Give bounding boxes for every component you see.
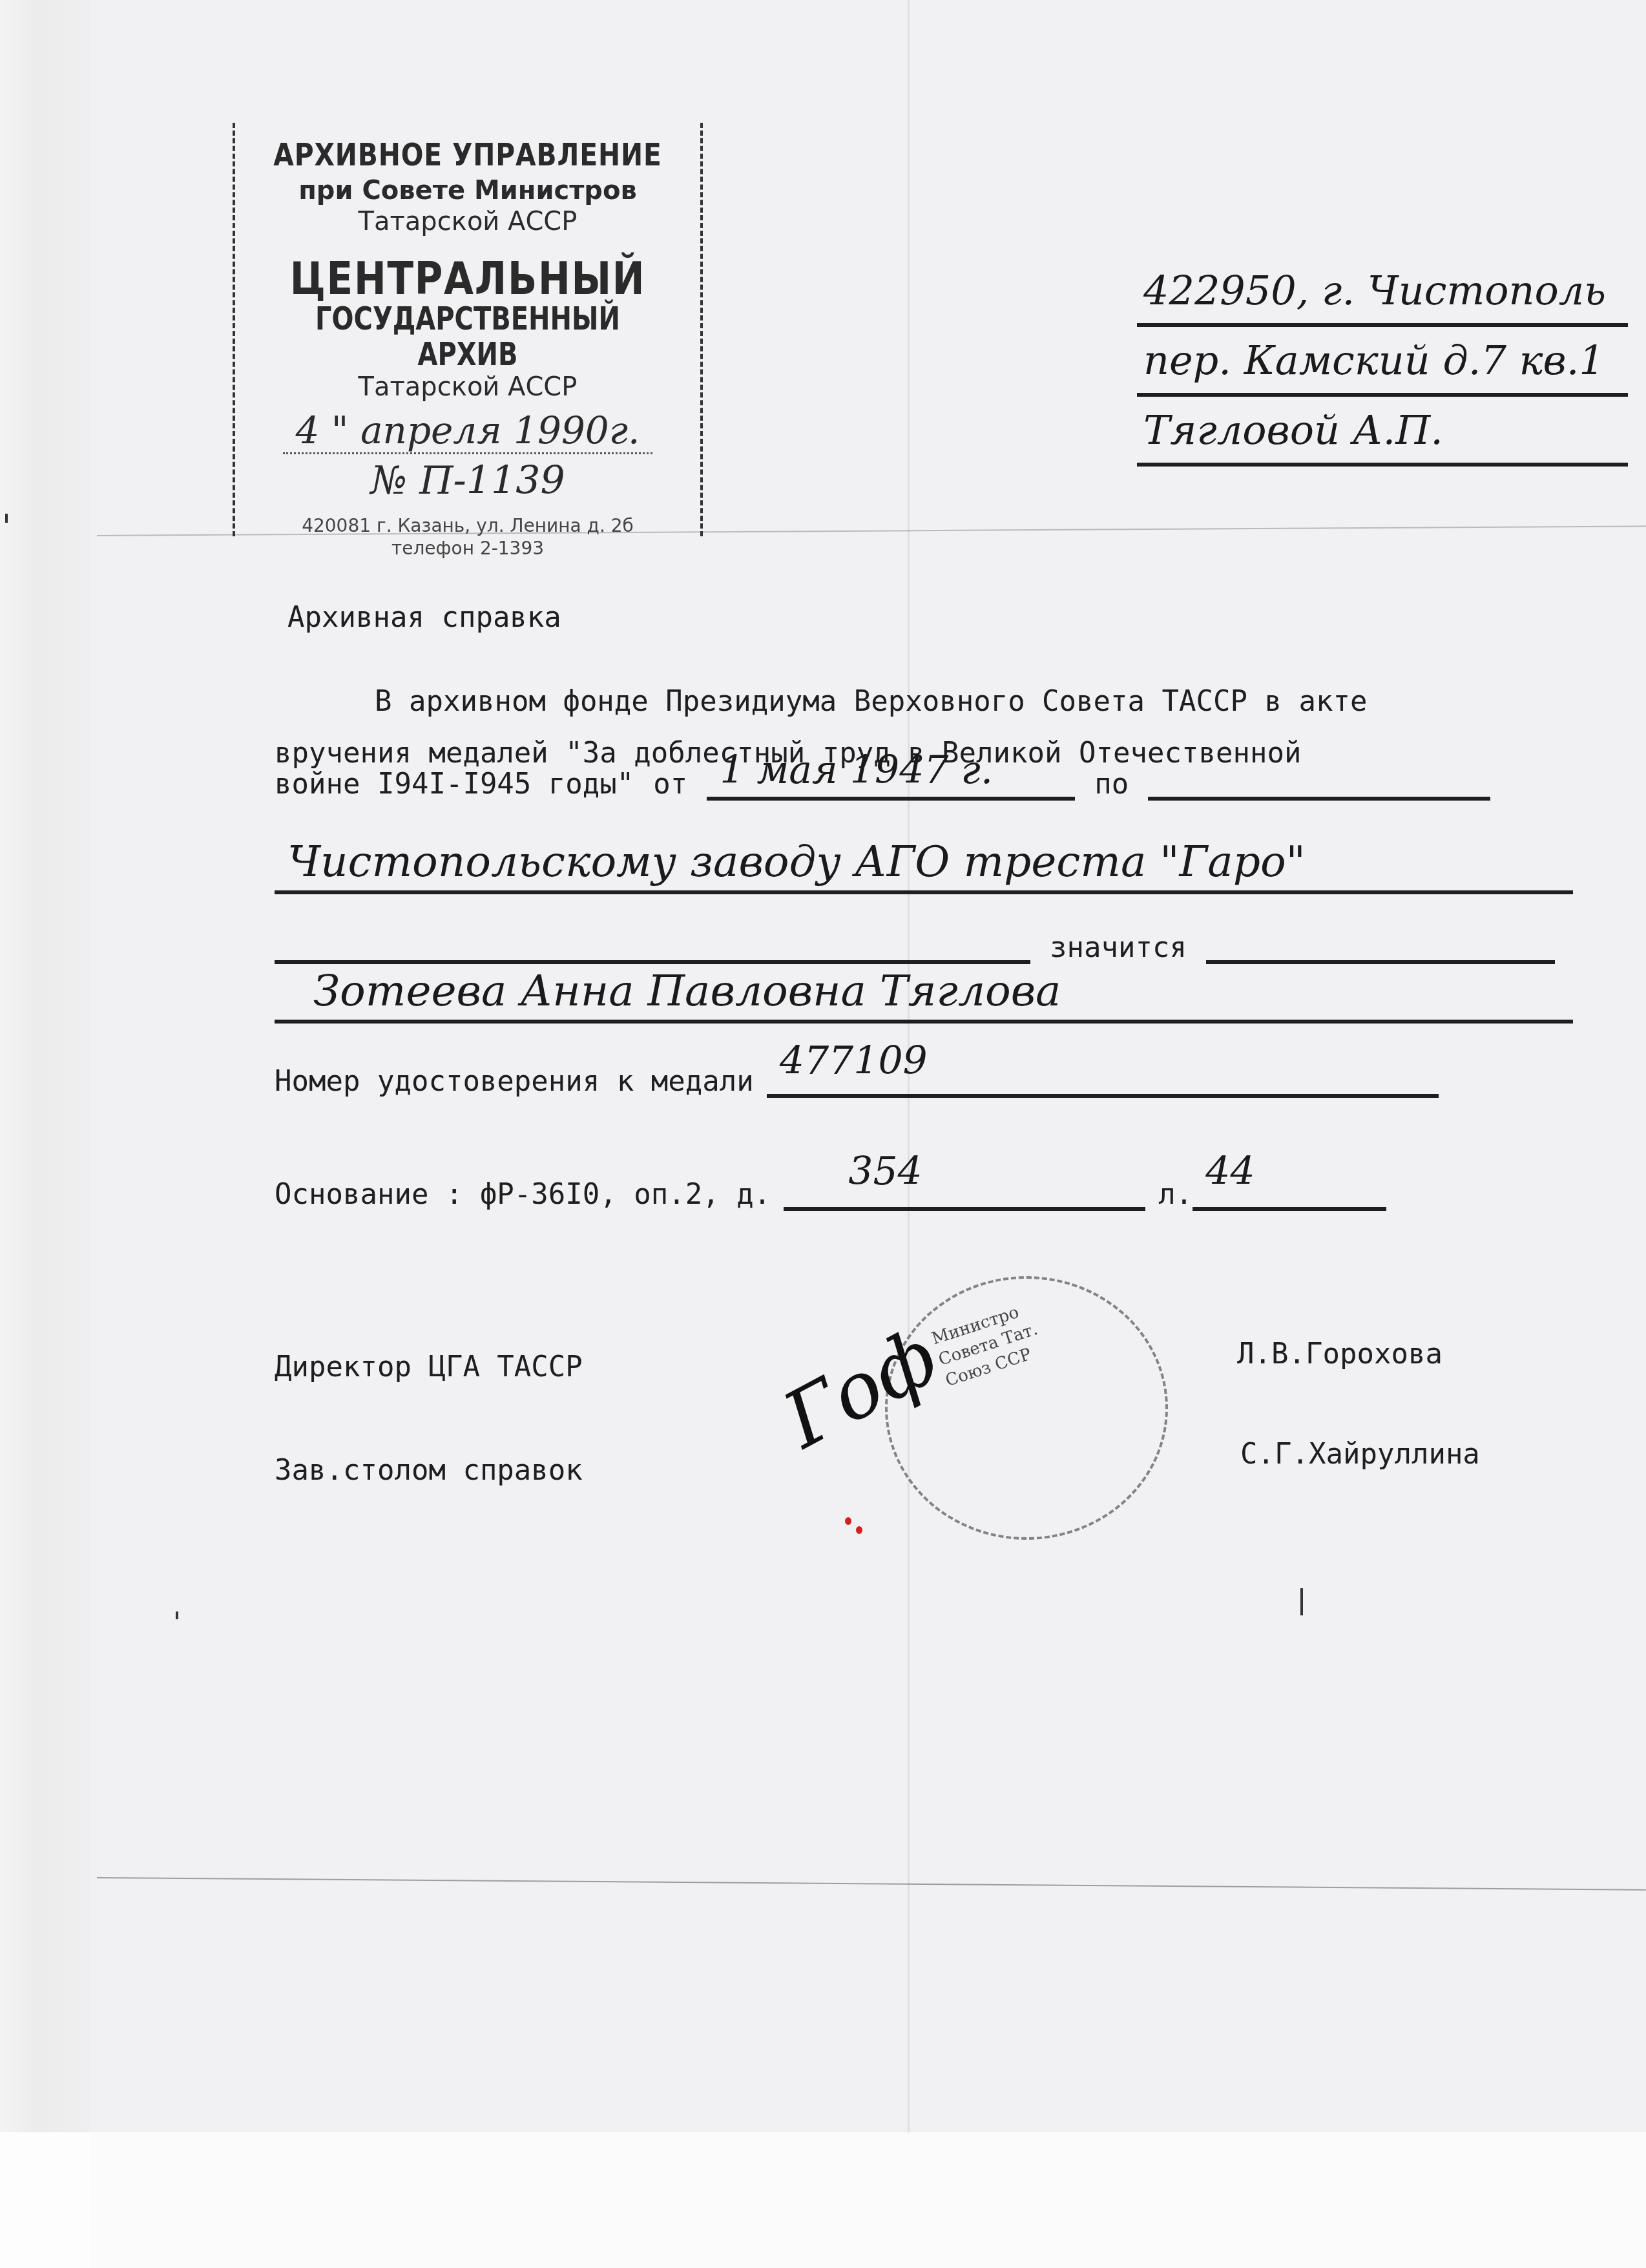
list-label: л.: [1158, 1178, 1193, 1211]
znachitsya-row: значится: [275, 923, 1555, 964]
znachitsya-label: значится: [1050, 931, 1187, 964]
basis-row: Основание : фР-36I0, оп.2, д. 354 л. 44: [275, 1170, 1386, 1211]
date-field: 1 мая 1947 г.: [707, 759, 1075, 801]
date-row: войне I94I-I945 годы" от 1 мая 1947 г. п…: [275, 759, 1490, 801]
basis-label: Основание : фР-36I0, оп.2, д.: [275, 1178, 771, 1211]
list-field: 44: [1193, 1170, 1386, 1211]
znachitsya-left-field: [275, 923, 1030, 964]
stray-dot: [176, 1612, 178, 1619]
delo-field: 354: [784, 1170, 1145, 1211]
date-value: 1 мая 1947 г.: [720, 748, 993, 793]
document-title: Архивная справка: [287, 601, 561, 634]
director-label: Директор ЦГА ТАССР: [275, 1350, 583, 1383]
scan-margin: [0, 0, 90, 2132]
stamp-number: № П-1139: [235, 458, 700, 503]
organization-row: Чистопольскому заводу АГО треста "Гаро": [275, 853, 1573, 894]
delo-value: 354: [848, 1149, 922, 1194]
stamp-phone: телефон 2-1393: [235, 538, 700, 559]
znachitsya-right-field: [1206, 923, 1555, 964]
desk-label: Зав.столом справок: [275, 1454, 583, 1487]
scan-bottom-margin: [90, 2132, 1646, 2268]
certificate-row: Номер удостоверения к медали 477109: [275, 1056, 1439, 1098]
certificate-value: 477109: [780, 1038, 928, 1084]
stamp-line-5: ГОСУДАРСТВЕННЫЙ АРХИВ: [282, 301, 654, 372]
ot-label: от: [653, 768, 687, 801]
stray-dot: [5, 514, 8, 523]
address-line-3: Тягловой А.П.: [1137, 398, 1628, 467]
certificate-label: Номер удостоверения к медали: [275, 1065, 754, 1098]
paragraph-line-1: В архивном фонде Президиума Верховного С…: [375, 685, 1367, 718]
stamp-line-1: АРХИВНОЕ УПРАВЛЕНИЕ: [270, 137, 665, 173]
address-line-2: пер. Камский д.7 кв.1: [1137, 328, 1628, 397]
address-line-1: 422950, г. Чистополь: [1137, 258, 1628, 327]
stamp-line-6: Татарской АССР: [235, 372, 700, 402]
stamp-address: 420081 г. Казань, ул. Ленина д. 2б: [235, 515, 700, 536]
director-name: Л.В.Горохова: [1237, 1338, 1443, 1370]
paragraph-line-3: войне I94I-I945 годы": [275, 768, 634, 801]
certificate-field: 477109: [767, 1056, 1439, 1098]
stamp-date: 4 " апреля 1990г.: [283, 408, 653, 454]
stamp-line-3: Татарской АССР: [235, 207, 700, 236]
list-value: 44: [1205, 1149, 1255, 1194]
organization-value: Чистопольскому заводу АГО треста "Гаро": [287, 837, 1306, 887]
recipient-address: 422950, г. Чистополь пер. Камский д.7 кв…: [1137, 258, 1628, 468]
desk-name: С.Г.Хайруллина: [1240, 1438, 1480, 1471]
po-label: по: [1094, 768, 1129, 801]
stray-pen-mark: [1300, 1588, 1303, 1615]
red-ink-mark: [856, 1526, 862, 1534]
stamp-line-2: при Совете Министров: [235, 176, 700, 205]
organization-field: Чистопольскому заводу АГО треста "Гаро": [275, 853, 1573, 894]
po-field: [1148, 759, 1490, 801]
person-row: Зотеева Анна Павловна Тяглова: [275, 982, 1573, 1024]
person-name-value: Зотеева Анна Павловна Тяглова: [313, 966, 1061, 1016]
archive-stamp: АРХИВНОЕ УПРАВЛЕНИЕ при Совете Министров…: [233, 123, 703, 536]
person-field: Зотеева Анна Павловна Тяглова: [275, 982, 1573, 1024]
red-ink-mark: [845, 1517, 851, 1525]
stamp-line-4: ЦЕНТРАЛЬНЫЙ: [270, 256, 665, 301]
